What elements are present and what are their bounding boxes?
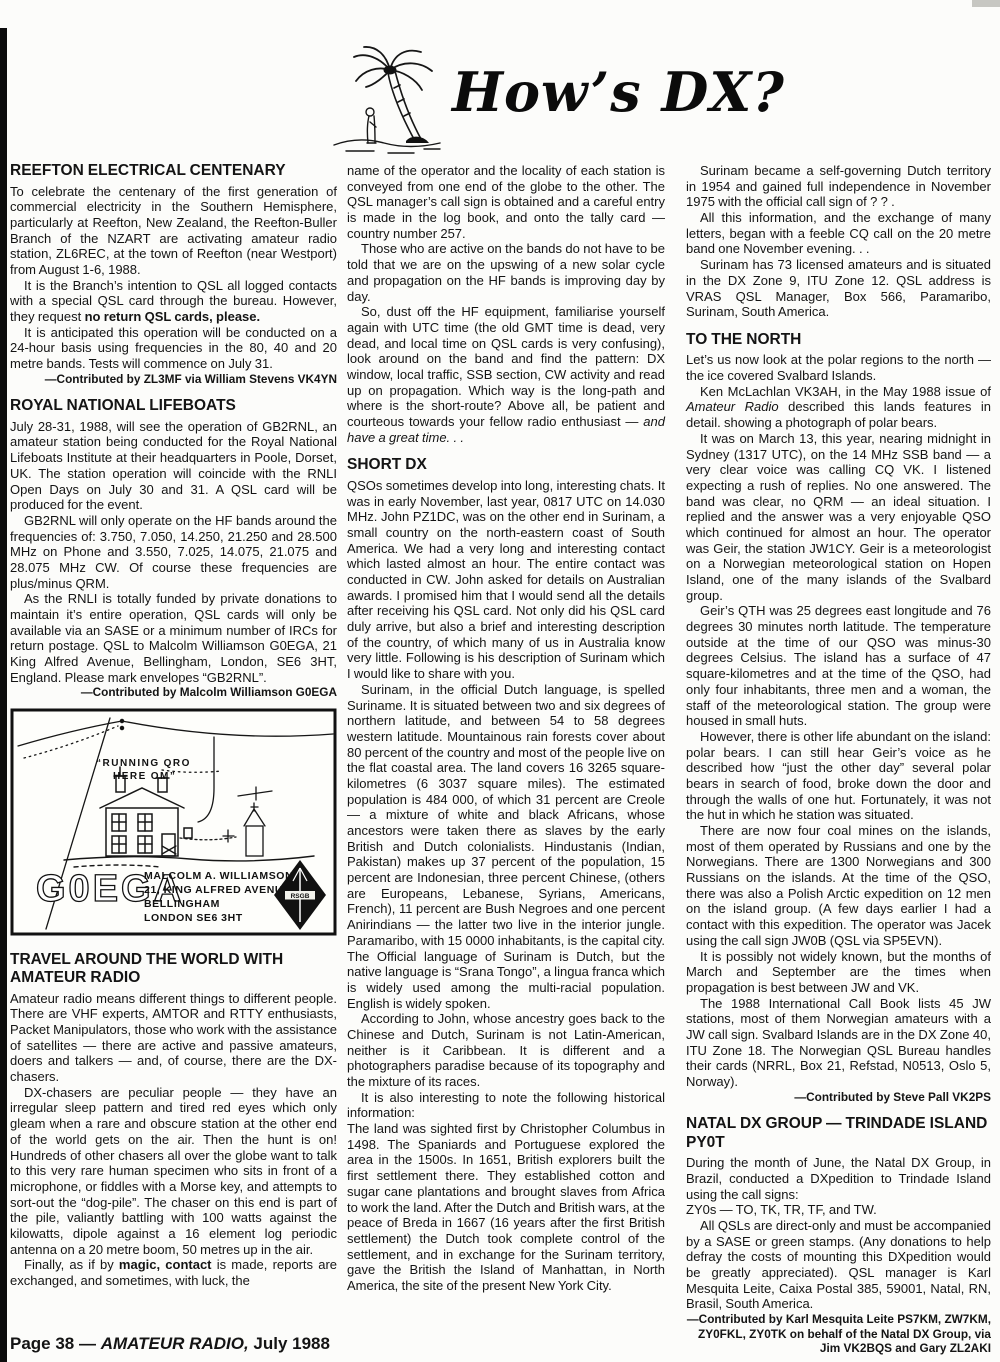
paragraph: July 28-31, 1988, will see the operation… — [10, 419, 337, 513]
paragraph: ZY0s — TO, TK, TR, TF, and TW. — [686, 1202, 991, 1218]
paragraph: It is possibly not widely known, but the… — [686, 949, 991, 996]
paragraph: It was on March 13, this year, nearing m… — [686, 431, 991, 604]
column-right: Surinam became a self-governing Dutch te… — [686, 163, 991, 1356]
section-heading-lifeboats: ROYAL NATIONAL LIFEBOATS — [10, 397, 337, 416]
contributed-credit: —Contributed by Karl Mesquita Leite PS7K… — [686, 1312, 991, 1356]
section-heading-north: TO THE NORTH — [686, 331, 991, 350]
svg-text:BELLINGHAM: BELLINGHAM — [144, 898, 220, 910]
svg-text:21, KING ALFRED AVENUE: 21, KING ALFRED AVENUE — [144, 884, 291, 896]
paragraph: According to John, whose ancestry goes b… — [347, 1011, 665, 1089]
section-heading-shortdx: SHORT DX — [347, 456, 665, 475]
qsl-card-image: “RUNNING QRO HERE OM” G0EGA MALCOLM A. W… — [10, 708, 337, 940]
paragraph: QSOs sometimes develop into long, intere… — [347, 478, 665, 682]
column-middle: name of the operator and the locality of… — [347, 163, 665, 1294]
footer-magazine-name: AMATEUR RADIO, — [101, 1334, 249, 1353]
paragraph: Amateur radio means different things to … — [10, 991, 337, 1085]
qsl-caption-line1: “RUNNING QRO — [96, 758, 191, 769]
footer-page-number: Page 38 — — [10, 1334, 101, 1353]
paragraph: Geir’s QTH was 25 degrees east longitude… — [686, 603, 991, 729]
svg-text:RSGB: RSGB — [291, 893, 310, 900]
scan-smudge — [972, 0, 1000, 7]
column-left: REEFTON ELECTRICAL CENTENARY To celebrat… — [10, 160, 337, 1289]
section-heading-reefton: REEFTON ELECTRICAL CENTENARY — [10, 162, 337, 181]
paragraph: So, dust off the HF equipment, familiari… — [347, 304, 665, 445]
paragraph: There are now four coal mines on the isl… — [686, 823, 991, 949]
footer-date: July 1988 — [249, 1334, 330, 1353]
qsl-caption-line2: HERE OM” — [113, 771, 176, 782]
paragraph: However, there is other life abundant on… — [686, 729, 991, 823]
paragraph: The 1988 International Call Book lists 4… — [686, 996, 991, 1090]
paragraph: As the RNLI is totally funded by private… — [10, 591, 337, 685]
contributed-credit: —Contributed by Malcolm Williamson G0EGA — [10, 685, 337, 700]
paragraph: To celebrate the centenary of the first … — [10, 184, 337, 278]
paragraph: Those who are active on the bands do not… — [347, 241, 665, 304]
paragraph: It is the Branch’s intention to QSL all … — [10, 278, 337, 325]
paragraph: name of the operator and the locality of… — [347, 163, 665, 241]
paragraph: Ken McLachlan VK3AH, in the May 1988 iss… — [686, 384, 991, 431]
contributed-credit: —Contributed by ZL3MF via William Steven… — [10, 372, 337, 387]
paragraph: DX-chasers are peculiar people — they ha… — [10, 1085, 337, 1258]
section-heading-travel: TRAVEL AROUND THE WORLD WITH AMATEUR RAD… — [10, 951, 337, 988]
paragraph: All QSLs are direct-only and must be acc… — [686, 1218, 991, 1312]
svg-text:MALCOLM A. WILLIAMSON: MALCOLM A. WILLIAMSON — [144, 870, 293, 882]
paragraph: All this information, and the exchange o… — [686, 210, 991, 257]
paragraph: The land was sighted first by Christophe… — [347, 1121, 665, 1294]
page-title: How’s DX? — [452, 60, 785, 124]
paragraph: Surinam, in the official Dutch language,… — [347, 682, 665, 1011]
svg-text:LONDON SE6 3HT: LONDON SE6 3HT — [144, 912, 243, 924]
page-footer: Page 38 — AMATEUR RADIO, July 1988 — [10, 1334, 330, 1354]
palm-island-illustration — [328, 40, 450, 158]
paragraph: It is also interesting to note the follo… — [347, 1090, 665, 1121]
paragraph: Let’s us now look at the polar regions t… — [686, 352, 991, 383]
section-heading-natal: NATAL DX GROUP — TRINDADE ISLAND PY0T — [686, 1115, 991, 1152]
paragraph: Surinam has 73 licensed amateurs and is … — [686, 257, 991, 320]
magazine-page: How’s DX? REEFTON ELECTRICAL CENTENARY T… — [0, 0, 1000, 1362]
paragraph: During the month of June, the Natal DX G… — [686, 1155, 991, 1202]
paragraph: Surinam became a self-governing Dutch te… — [686, 163, 991, 210]
castaway-figure — [366, 108, 376, 143]
paragraph: It is anticipated this operation will be… — [10, 325, 337, 372]
page-spine-shadow — [0, 28, 7, 1362]
contributed-credit: —Contributed by Steve Pall VK2PS — [686, 1090, 991, 1105]
paragraph: GB2RNL will only operate on the HF bands… — [10, 513, 337, 591]
paragraph: Finally, as if by magic, contact is made… — [10, 1257, 337, 1288]
